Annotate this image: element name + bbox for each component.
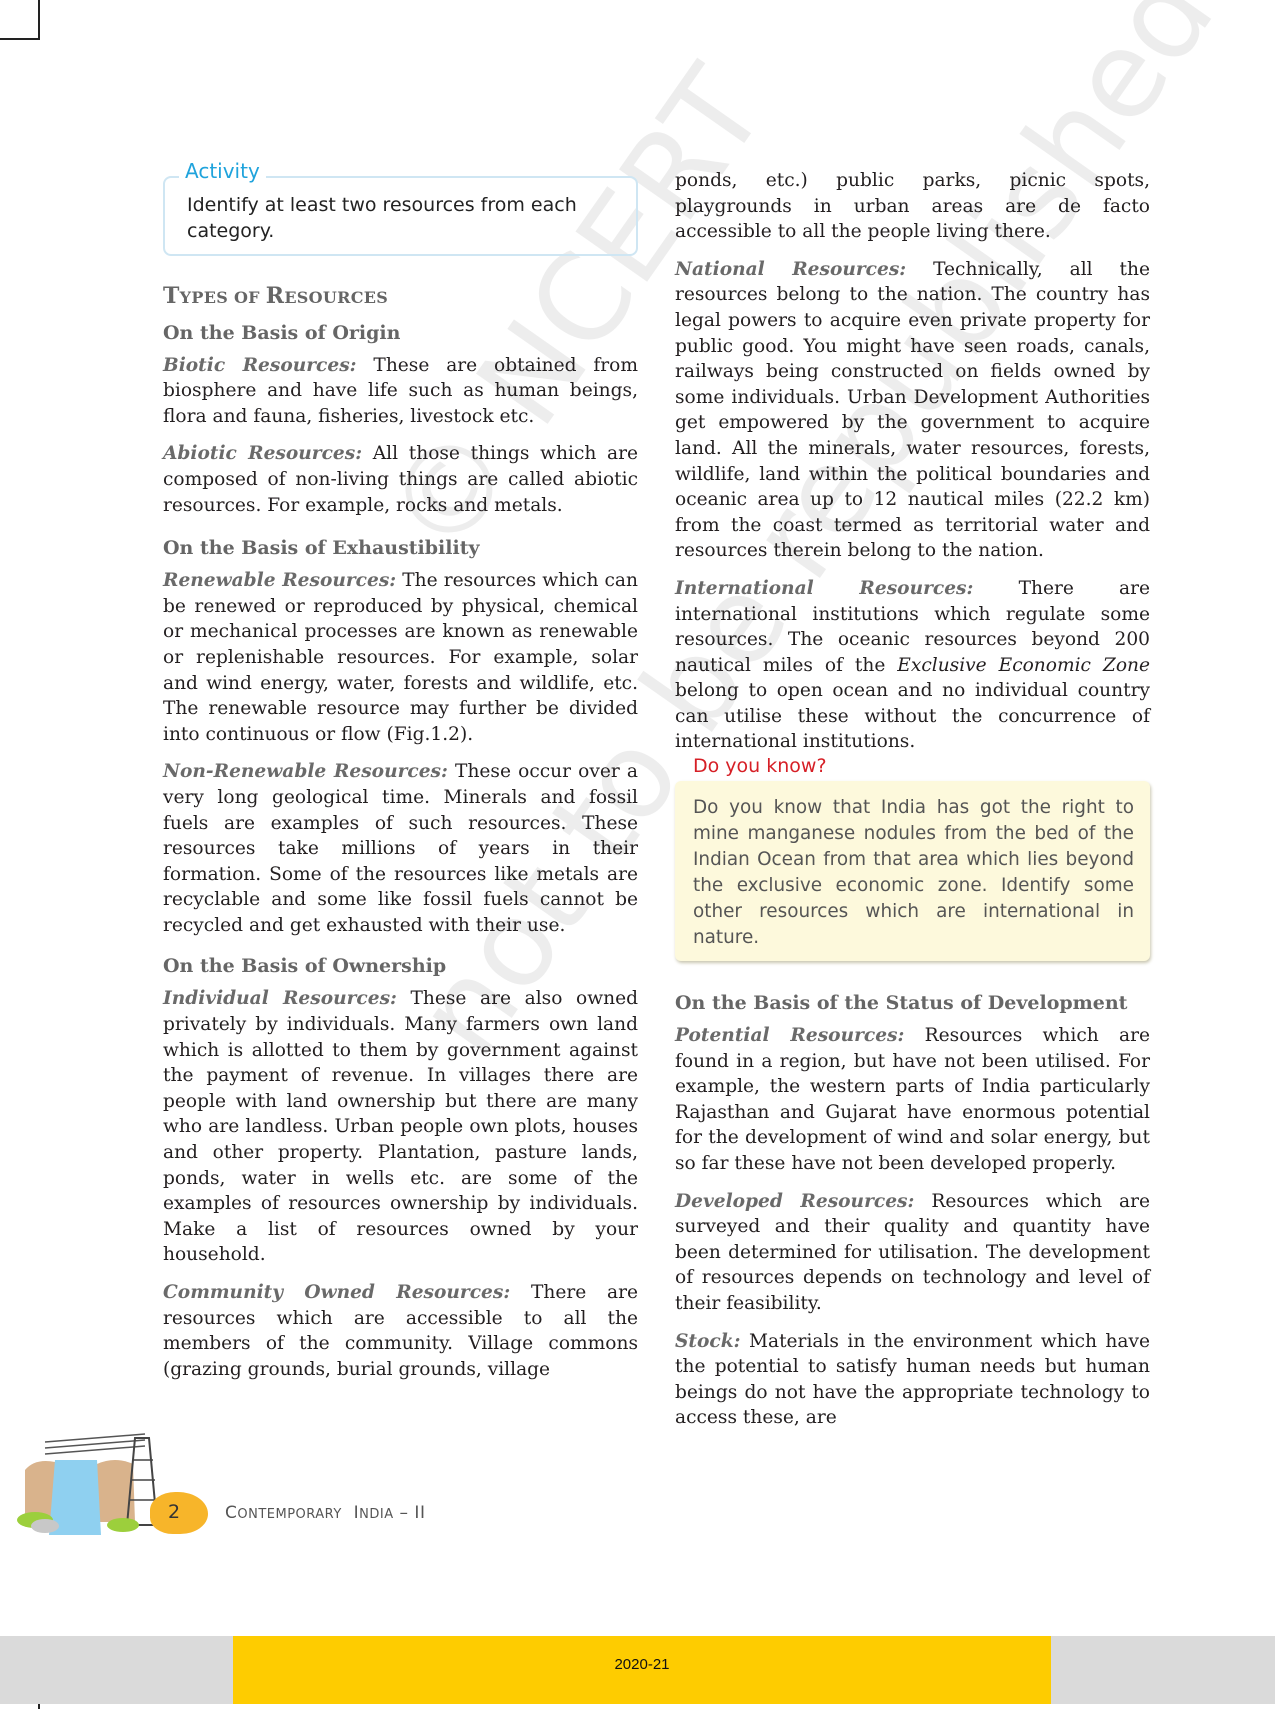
footer-year-band: 2020-21 <box>233 1636 1051 1704</box>
do-you-know-label: Do you know? <box>693 753 827 779</box>
para-developed: Developed Resources: Resources which are… <box>675 1189 1150 1317</box>
para-renewable: Renewable Resources: The resources which… <box>163 568 638 747</box>
para-abiotic: Abiotic Resources: All those things whic… <box>163 441 638 518</box>
do-you-know-box: Do you know? Do you know that India has … <box>675 781 1150 961</box>
do-you-know-text: Do you know that India has got the right… <box>693 797 1134 948</box>
para-stock: Stock: Materials in the environment whic… <box>675 1329 1150 1431</box>
para-potential: Potential Resources: Resources which are… <box>675 1023 1150 1177</box>
running-footer: CONTEMPORARY INDIA – II <box>225 1503 425 1523</box>
left-column: Activity Identify at least two resources… <box>163 168 638 1394</box>
para-international: International Resources: There are inter… <box>675 576 1150 755</box>
heading-development: On the Basis of the Status of Developmen… <box>675 991 1150 1015</box>
para-national: National Resources: Technically, all the… <box>675 257 1150 564</box>
activity-text: Identify at least two resources from eac… <box>187 194 577 242</box>
activity-label: Activity <box>179 158 266 184</box>
para-individual: Individual Resources: These are also own… <box>163 986 638 1268</box>
section-title: TYPES OF RESOURCES <box>163 284 638 311</box>
para-biotic: Biotic Resources: These are obtained fro… <box>163 353 638 430</box>
heading-exhaustibility: On the Basis of Exhaustibility <box>163 536 638 560</box>
page-number: 2 <box>168 1501 180 1523</box>
right-column: ponds, etc.) public parks, picnic spots,… <box>675 168 1150 1443</box>
heading-origin: On the Basis of Origin <box>163 321 638 345</box>
activity-box: Activity Identify at least two resources… <box>163 176 638 256</box>
heading-ownership: On the Basis of Ownership <box>163 954 638 978</box>
para-community-cont: ponds, etc.) public parks, picnic spots,… <box>675 168 1150 245</box>
edition-year: 2020-21 <box>233 1656 1051 1673</box>
para-community: Community Owned Resources: There are res… <box>163 1280 638 1382</box>
para-nonrenewable: Non-Renewable Resources: These occur ove… <box>163 759 638 938</box>
crop-mark-top-left <box>0 0 40 40</box>
